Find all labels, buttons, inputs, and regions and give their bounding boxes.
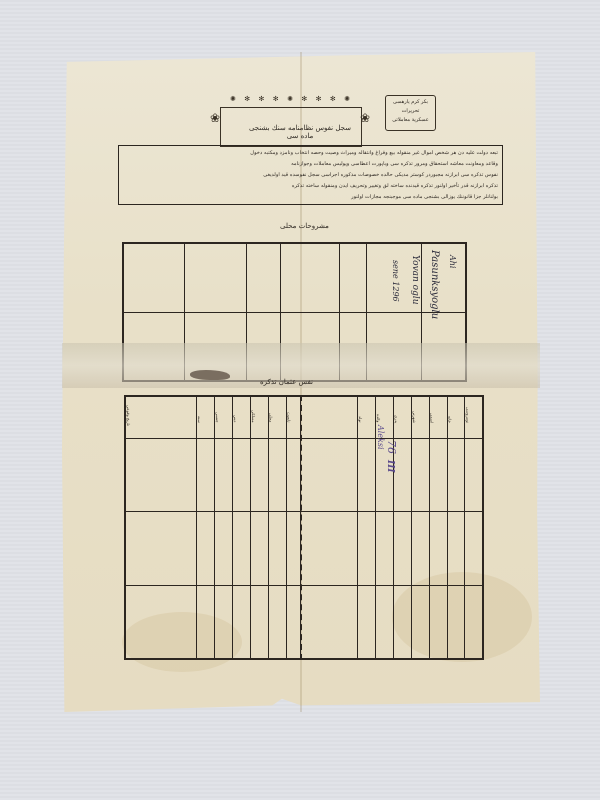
column-header: تولد <box>358 416 363 423</box>
ornament-row: ✺✻✻✻✺✻✻✻✺ <box>230 95 350 103</box>
column-header: اسمى <box>430 413 435 423</box>
handwriting-number: 76 <box>385 440 398 454</box>
handwriting-entry: sene 1296 <box>391 260 400 302</box>
column-header: خانه <box>448 416 453 423</box>
column-header: شهرتى <box>412 411 417 423</box>
paragraph-line: وقاعد ومعاونت معاشه استحقاق ومرور تذكره … <box>123 159 498 170</box>
flower-ornament-icon: ❀ <box>210 111 220 125</box>
column-header: محلى <box>269 413 274 422</box>
paper-tear <box>190 370 230 380</box>
handwriting-name: Aleksi <box>376 425 385 450</box>
corner-line-1: بكر كرم يارهسى تحريرات <box>388 98 433 116</box>
upper-section-label: مشروحات محلى <box>280 222 329 230</box>
column-header: ديني <box>233 415 238 422</box>
handwriting-entry: Pasunksyoglu <box>429 250 440 319</box>
column-header: سنه <box>197 416 202 423</box>
lower-table: تاريخ وقوعى سنه جنسى ديني مسلكى محلى تاب… <box>124 395 484 660</box>
column-header: پدرى <box>394 415 399 423</box>
header-frame: ✺✻✻✻✺✻✻✻✺ ❀ ❀ سجل نفوس نظامنامه سنك بشنج… <box>210 95 370 147</box>
handwriting-entry: Ahi <box>448 255 457 269</box>
column-header: تاريخ وقوعى <box>126 405 131 426</box>
corner-line-2: عسكرية معاملاتى <box>388 116 433 125</box>
paragraph-line: بولنانلر جزا قانوننك يوزالى بشنجى ماده س… <box>123 192 498 203</box>
document-title: سجل نفوس نظامنامه سنك بشنجى ماده سى <box>245 124 355 140</box>
column-header: تابعيت <box>287 412 292 423</box>
lower-section-label: نفس عثمان تذكره <box>260 378 313 386</box>
column-header: نومروسى <box>465 407 470 423</box>
paragraph-line: نفوس تذكره سى ابرازنه مجبوردر كوستر مديك… <box>123 170 498 181</box>
paragraph-line: تبعه دولت عليه دن هر شخص اموال غير منقول… <box>123 148 498 159</box>
regulation-paragraph: تبعه دولت عليه دن هر شخص اموال غير منقول… <box>118 145 503 205</box>
column-header: مسلكى <box>251 410 256 423</box>
handwriting-entry: Yovan oglu <box>410 255 420 305</box>
paragraph-line: تذكره ابرازنه قدر تأخير اولنور تذكره قيد… <box>123 181 498 192</box>
corner-stamp-box: بكر كرم يارهسى تحريرات عسكرية معاملاتى <box>385 95 436 131</box>
handwriting-roman: III <box>385 460 395 473</box>
title-box: سجل نفوس نظامنامه سنك بشنجى ماده سى <box>220 107 362 147</box>
column-header: والده <box>376 414 381 422</box>
column-header: جنسى <box>215 412 220 423</box>
perforation-line <box>300 395 302 660</box>
